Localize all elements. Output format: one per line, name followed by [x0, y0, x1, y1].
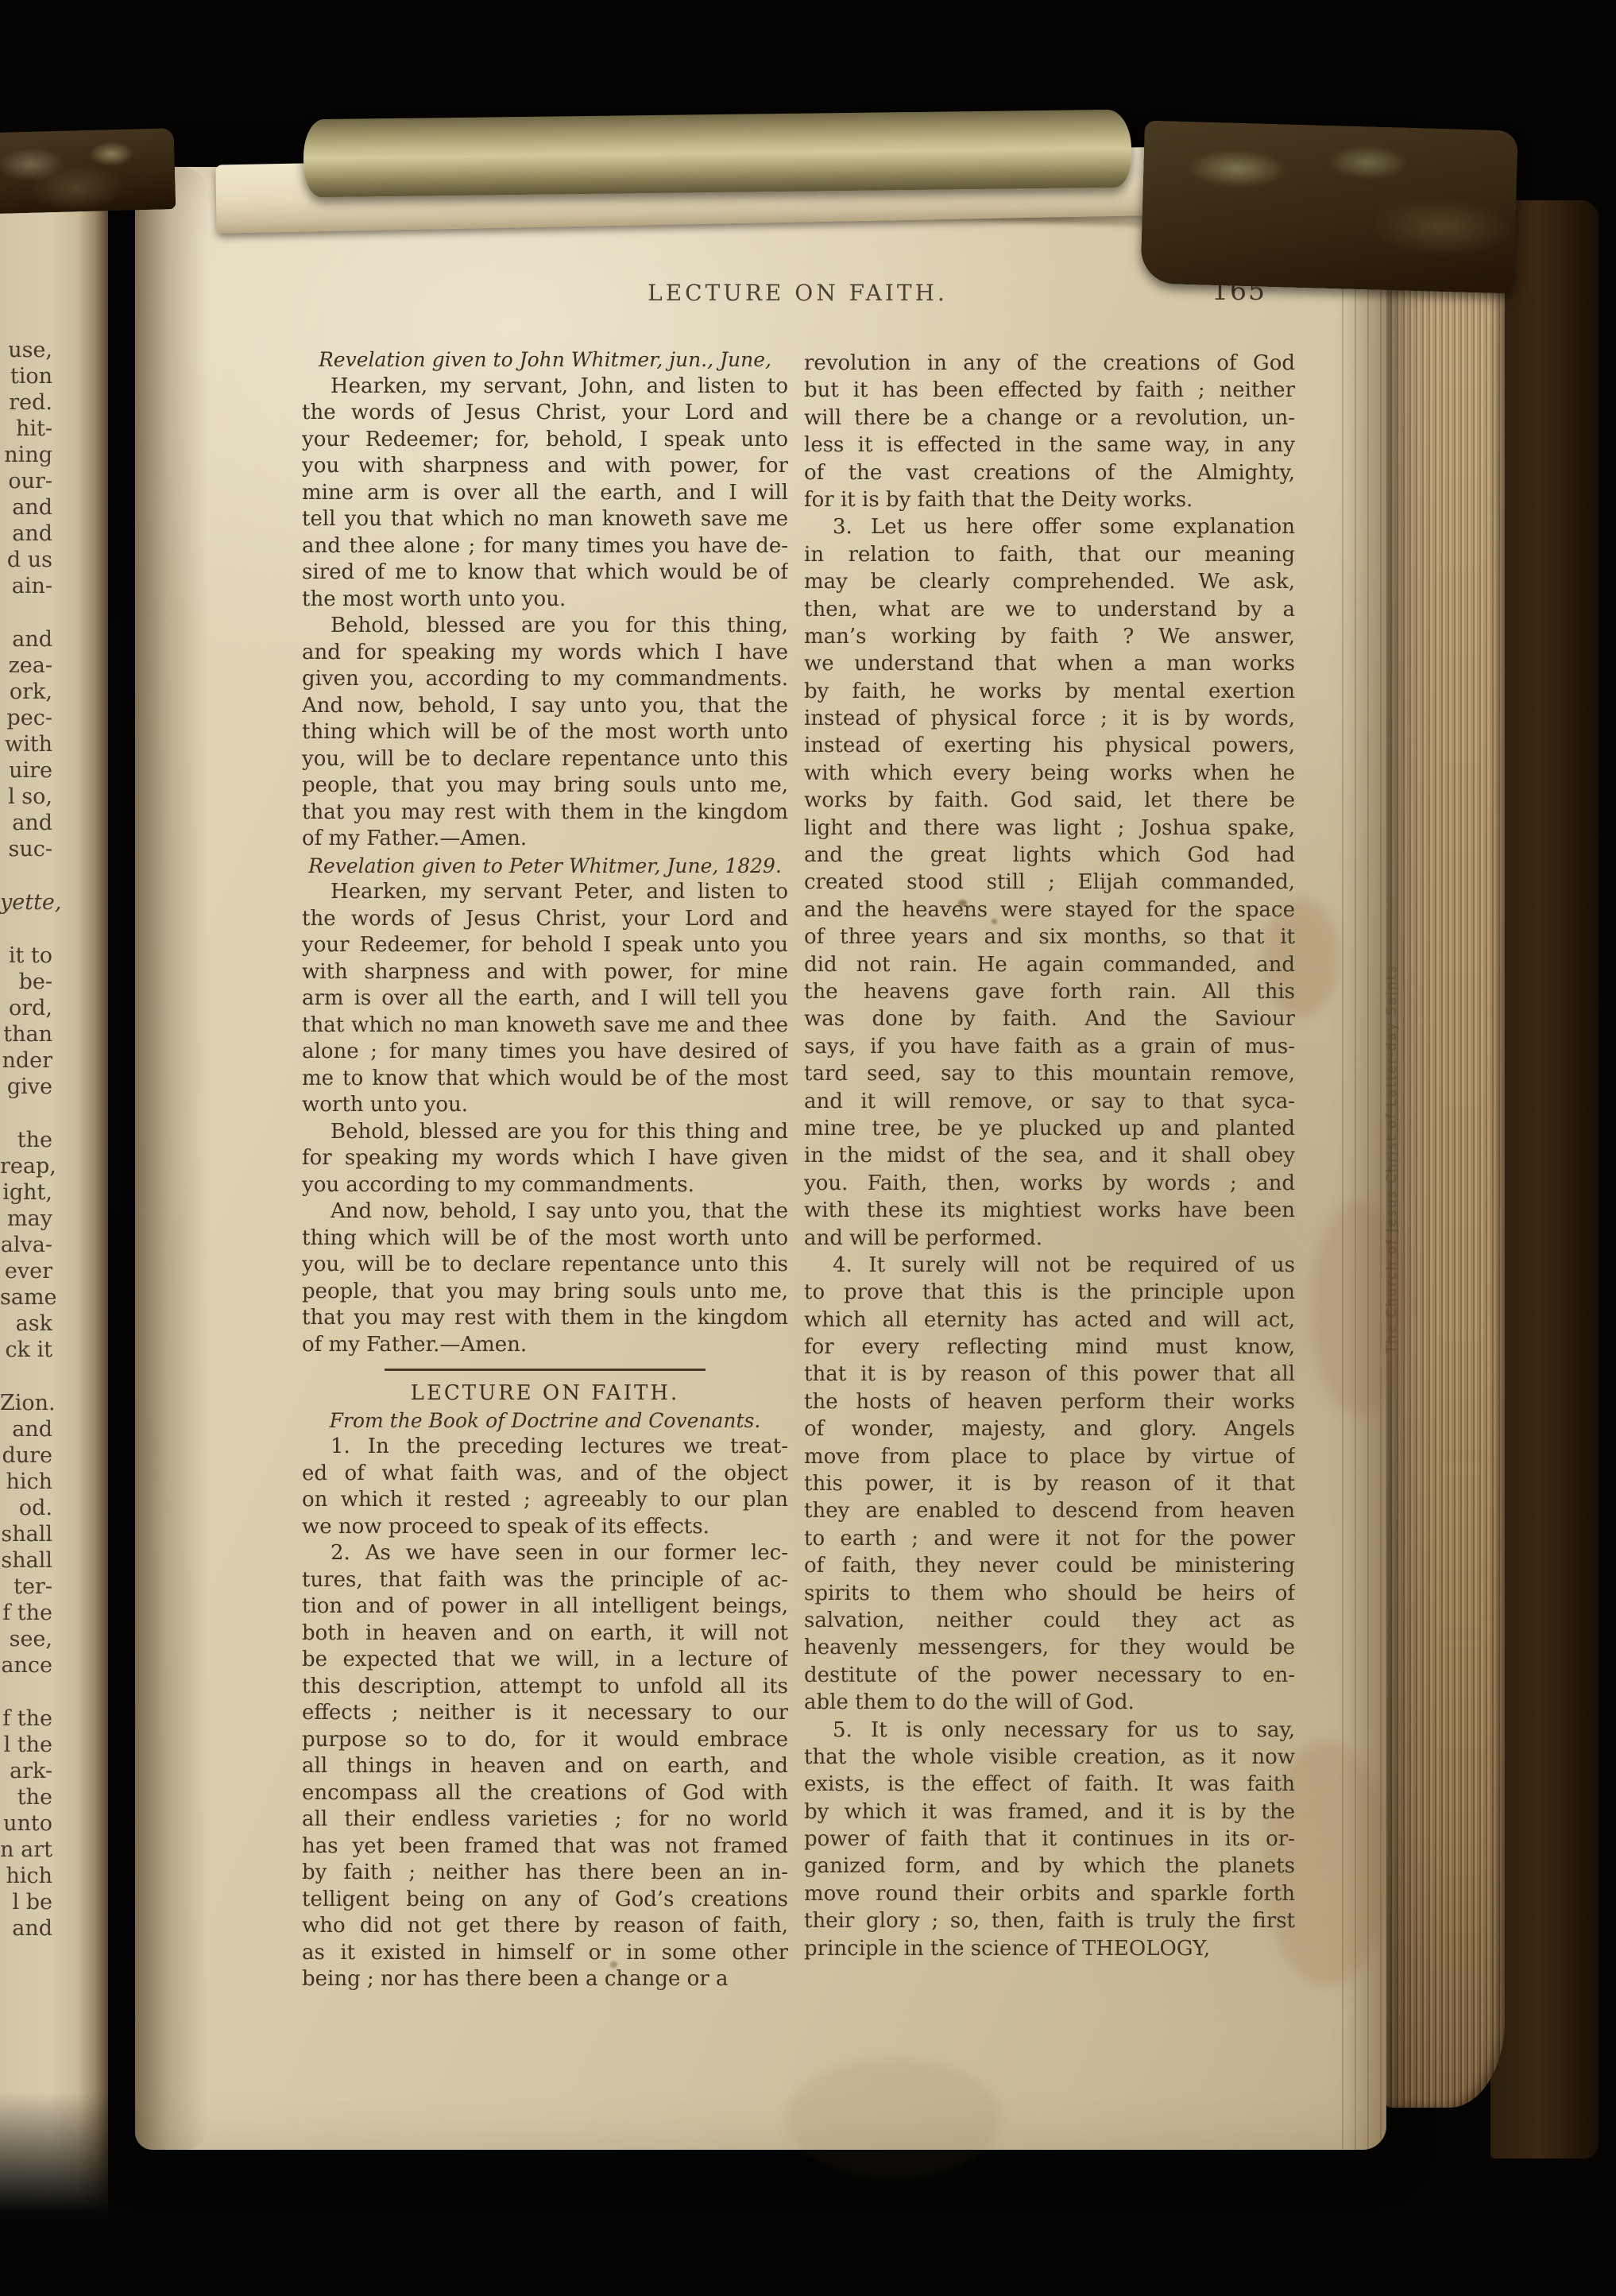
text-line: this power, it is by reason of it that [804, 1470, 1295, 1497]
cut-off-text-line: tion [0, 363, 52, 389]
fragment-group: use,tionred.hit-ningour-andandd usain- [0, 337, 52, 599]
cut-off-text-line: give [0, 1074, 52, 1100]
text-line: principle in the science of THEOLOGY, [804, 1935, 1295, 1962]
cut-off-text-line: f the [0, 1600, 52, 1626]
text-line: that the whole visible creation, as it n… [804, 1744, 1295, 1771]
text-line: sired of me to know that which would be … [302, 559, 788, 587]
text-line: and thee alone ; for many times you have… [302, 533, 788, 560]
text-line: thing which will be of the most worth un… [302, 719, 788, 746]
cut-off-text-line: ight, [0, 1179, 52, 1206]
text-line: that it is by reason of this power that … [804, 1361, 1295, 1388]
cut-off-text-line: l so, [0, 784, 52, 810]
facing-page-edge: use,tionred.hit-ningour-andandd usain-an… [0, 196, 108, 2219]
cut-off-text-line: ck it [0, 1337, 52, 1363]
text-line: being ; nor has there been a change or a [302, 1966, 788, 1993]
text-line: tures, that faith was the principle of a… [302, 1567, 788, 1594]
text-line: power of faith that it continues in its … [804, 1826, 1295, 1853]
fragment-group: thereap,ight,mayalva-eversameaskck it [0, 1127, 52, 1363]
fragment-group: f thel theark-theunton arthichl beand [0, 1706, 52, 1942]
text-line: who did not get there by reason of faith… [302, 1913, 788, 1940]
cut-off-text-line: and [0, 1416, 52, 1442]
text-line: they are enabled to descend from heaven [804, 1497, 1295, 1524]
cut-off-text-line: and [0, 626, 52, 652]
right-column: revolution in any of the creations of Go… [804, 350, 1295, 1962]
cut-off-text-line: l the [0, 1732, 52, 1758]
text-line: was done by faith. And the Saviour [804, 1005, 1295, 1032]
text-line: 5. It is only necessary for us to say, [804, 1717, 1295, 1744]
cut-off-text-line: ter- [0, 1574, 52, 1600]
text-line: works by faith. God said, let there be [804, 787, 1295, 814]
text-line: in relation to faith, that our meaning [804, 541, 1295, 568]
text-line: tard seed, say to this mountain remove, [804, 1060, 1295, 1087]
cut-off-text-line: n art [0, 1837, 52, 1863]
text-line: heavenly messengers, for they would be [804, 1634, 1295, 1661]
cut-off-text-line: yette, [0, 889, 52, 916]
text-line: on which it rested ; agreeably to our pl… [302, 1487, 788, 1514]
text-line: 3. Let us here offer some explanation [804, 513, 1295, 540]
text-line: we now proceed to speak of its effects. [302, 1514, 788, 1541]
text-line: and the great lights which God had [804, 842, 1295, 869]
library-stamp-vertical: The Church of Jesus Christ of Latter-day… [1384, 896, 1411, 1421]
text-line: move from place to place by virtue of [804, 1443, 1295, 1470]
text-line: but it has been effected by faith ; neit… [804, 377, 1295, 404]
text-line: in the midst of the sea, and it shall ob… [804, 1142, 1295, 1169]
text-line: spirits to them who should be heirs of [804, 1580, 1295, 1607]
text-line: people, that you may bring souls unto me… [302, 772, 788, 800]
cut-off-text-line: red. [0, 389, 52, 416]
cut-off-text-line: nder [0, 1047, 52, 1074]
cut-off-text-line: d us [0, 547, 52, 573]
text-line: to prove that this is the principle upon [804, 1279, 1295, 1306]
section-heading: LECTURE ON FAITH. [302, 1380, 788, 1407]
text-line: that which no man knoweth save me and th… [302, 1012, 788, 1040]
cut-off-text-line: our- [0, 468, 52, 494]
section-subheading: Revelation given to John Whitmer, jun., … [302, 347, 788, 374]
text-line: be expected that we will, in a lecture o… [302, 1647, 788, 1674]
text-line: for it is by faith that the Deity works. [804, 486, 1295, 513]
cut-off-text-line: l be [0, 1889, 52, 1915]
text-line: by faith, he works by mental exertion [804, 678, 1295, 705]
text-line: instead of exerting his physical powers, [804, 732, 1295, 759]
cut-off-text-line: Zion. [0, 1390, 52, 1416]
book-cover-top-left [0, 128, 176, 214]
fragment-group: andzea-ork,pec-withuirel so,andsuc- [0, 626, 52, 862]
cut-off-text-line: use, [0, 337, 52, 363]
cut-off-text-line: suc- [0, 836, 52, 862]
cut-off-text-line: be- [0, 969, 52, 995]
text-line: did not rain. He again commanded, and [804, 951, 1295, 978]
text-line: may be clearly comprehended. We ask, [804, 568, 1295, 595]
text-line: their glory ; so, then, faith is truly t… [804, 1907, 1295, 1934]
text-line: thing which will be of the most worth un… [302, 1225, 788, 1253]
text-line: destitute of the power necessary to en- [804, 1662, 1295, 1689]
cut-off-text-line: ain- [0, 573, 52, 599]
text-line: telligent being on any of God’s creation… [302, 1887, 788, 1914]
text-line: purpose so to do, for it would embrace [302, 1727, 788, 1754]
text-line: by faith ; neither has there been an in- [302, 1860, 788, 1887]
text-line: light and there was light ; Joshua spake… [804, 815, 1295, 842]
cut-off-text-line: see, [0, 1626, 52, 1652]
text-line: for speaking my words which I have given [302, 1145, 788, 1172]
cut-off-text-line: zea- [0, 652, 52, 679]
text-line: given you, according to my commandments. [302, 666, 788, 693]
text-line: alone ; for many times you have desired … [302, 1039, 788, 1066]
cut-off-text-line: ance [0, 1652, 52, 1678]
cut-off-text-line: hich [0, 1863, 52, 1889]
text-line: mine tree, be ye plucked up and planted [804, 1115, 1295, 1142]
text-line: the heavens gave forth rain. All this [804, 978, 1295, 1005]
text-line: with which every being works when he [804, 760, 1295, 787]
text-line: then, what are we to understand by a [804, 596, 1295, 623]
text-line: your Redeemer; for, behold, I speak unto [302, 427, 788, 454]
text-line: that you may rest with them in the kingd… [302, 800, 788, 827]
section-divider [302, 1358, 788, 1380]
cut-off-text-line: with [0, 731, 52, 757]
text-line: your Redeemer, for behold I speak unto y… [302, 932, 788, 959]
text-line: will there be a change or a revolution, … [804, 405, 1295, 432]
text-line: that you may rest with them in the kingd… [302, 1305, 788, 1332]
paper-stain [787, 2058, 1001, 2178]
text-line: 4. It surely will not be required of us [804, 1252, 1295, 1279]
text-line: And now, behold, I say unto you, that th… [302, 693, 788, 720]
text-line: tell you that which no man knoweth save … [302, 506, 788, 533]
cut-off-text-line: pec- [0, 705, 52, 731]
cut-off-text-line: the [0, 1127, 52, 1153]
text-line: says, if you have faith as a grain of mu… [804, 1033, 1295, 1060]
book-page: LECTURE ON FAITH. 165 Revelation given t… [135, 167, 1386, 2150]
text-line: of wonder, majesty, and glory. Angels [804, 1415, 1295, 1442]
text-line: of the vast creations of the Almighty, [804, 459, 1295, 486]
cut-off-text-line: shall [0, 1521, 52, 1547]
cut-off-text-line: the [0, 1784, 52, 1810]
text-line: effects ; neither is it necessary to our [302, 1700, 788, 1727]
text-line: Behold, blessed are you for this thing, [302, 613, 788, 640]
text-line: me to know that which would be of the mo… [302, 1066, 788, 1093]
text-line: with sharpness and with power, for mine [302, 959, 788, 986]
cut-off-text-line: and [0, 1915, 52, 1942]
book-cover-top-right [1140, 120, 1518, 293]
text-line: 1. In the preceding lectures we treat- [302, 1434, 788, 1461]
text-line: which all eternity has acted and will ac… [804, 1307, 1295, 1334]
text-line: by which it was framed, and it is by the [804, 1798, 1295, 1826]
cut-off-text-line: ord, [0, 995, 52, 1021]
text-line: and will be performed. [804, 1225, 1295, 1252]
text-line: both in heaven and on earth, it will not [302, 1620, 788, 1647]
text-line: the most worth unto you. [302, 587, 788, 614]
scanned-book-photo: use,tionred.hit-ningour-andandd usain-an… [0, 0, 1616, 2296]
cut-off-text-line: and [0, 521, 52, 547]
text-line: of my Father.—Amen. [302, 1332, 788, 1359]
text-line: revolution in any of the creations of Go… [804, 350, 1295, 377]
text-line: and the heavens were stayed for the spac… [804, 896, 1295, 923]
cut-off-text-line: it to [0, 943, 52, 969]
text-line: you according to my commandments. [302, 1172, 788, 1199]
text-line: and it will remove, or say to that syca- [804, 1088, 1295, 1115]
text-line: And now, behold, I say unto you, that th… [302, 1198, 788, 1225]
text-line: exists, is the effect of faith. It was f… [804, 1771, 1295, 1798]
text-line: created stood still ; Elijah commanded, [804, 869, 1295, 896]
text-line: of faith, they never could be ministerin… [804, 1552, 1295, 1579]
cut-off-text-line: ork, [0, 679, 52, 705]
cut-off-text-line: hit- [0, 416, 52, 442]
cut-off-text-line: alva- [0, 1232, 52, 1258]
cut-off-text-line: dure [0, 1442, 52, 1469]
text-line: has yet been framed that was not framed [302, 1833, 788, 1860]
cut-off-text-line: may [0, 1206, 52, 1232]
text-line: move round their orbits and sparkle fort… [804, 1880, 1295, 1907]
text-line: ganized form, and by which the planets [804, 1853, 1295, 1880]
text-line: less it is effected in the same way, in … [804, 432, 1295, 459]
cut-off-text-line: od. [0, 1495, 52, 1521]
text-line: ed of what faith was, and of the object [302, 1461, 788, 1488]
text-line: this description, attempt to unfold all … [302, 1674, 788, 1701]
fragment-group: yette, [0, 889, 52, 916]
cut-off-text-line: and [0, 810, 52, 836]
text-line: we understand that when a man works [804, 650, 1295, 677]
facing-page-text-fragments: use,tionred.hit-ningour-andandd usain-an… [0, 337, 52, 1969]
cut-off-text-line: unto [0, 1810, 52, 1837]
text-line: and for speaking my words which I have [302, 640, 788, 667]
text-line: salvation, neither could they act as [804, 1607, 1295, 1634]
fragment-group: Zion.anddurehichod.shallshallter-f these… [0, 1390, 52, 1678]
cut-off-text-line: same [0, 1284, 52, 1311]
cut-off-text-line: ever [0, 1258, 52, 1284]
cut-off-text-line: hich [0, 1469, 52, 1495]
text-line: you, will be to declare repentance unto … [302, 1252, 788, 1279]
text-line: of three years and six months, so that i… [804, 923, 1295, 951]
text-line: tion and of power in all intelligent bei… [302, 1593, 788, 1620]
text-line: the hosts of heaven perform their works [804, 1388, 1295, 1415]
text-line: mine arm is over all the earth, and I wi… [302, 480, 788, 507]
text-line: 2. As we have seen in our former lec- [302, 1540, 788, 1567]
text-line: the words of Jesus Christ, your Lord and [302, 906, 788, 933]
section-subheading: From the Book of Doctrine and Covenants. [302, 1407, 788, 1435]
running-header: LECTURE ON FAITH. [302, 280, 1293, 306]
gutter-shadow [135, 167, 208, 2150]
text-line: you. Faith, then, works by words ; and [804, 1170, 1295, 1197]
text-line: you with sharpness and with power, for [302, 453, 788, 480]
text-line: Behold, blessed are you for this thing a… [302, 1119, 788, 1146]
text-line: man’s working by faith ? We answer, [804, 623, 1295, 650]
text-line: the words of Jesus Christ, your Lord and [302, 400, 788, 427]
text-line: to earth ; and were it not for the power [804, 1525, 1295, 1552]
text-line: with these its mightiest works have been [804, 1197, 1295, 1224]
cut-off-text-line: reap, [0, 1153, 52, 1179]
text-line: Hearken, my servant, John, and listen to [302, 374, 788, 401]
text-line: all their endless varieties ; for no wor… [302, 1806, 788, 1833]
text-line: encompass all the creations of God with [302, 1780, 788, 1807]
cut-off-text-line: ning [0, 442, 52, 468]
cut-off-text-line: shall [0, 1547, 52, 1574]
text-line: Hearken, my servant Peter, and listen to [302, 879, 788, 906]
left-column: Revelation given to John Whitmer, jun., … [302, 347, 788, 1993]
text-line: as it existed in himself or in some othe… [302, 1940, 788, 1967]
cut-off-text-line: f the [0, 1706, 52, 1732]
cut-off-text-line: ask [0, 1311, 52, 1337]
cut-off-text-line: ark- [0, 1758, 52, 1784]
book-cover-right-edge [1490, 200, 1599, 2159]
cut-off-text-line: uire [0, 757, 52, 784]
text-line: worth unto you. [302, 1092, 788, 1119]
text-line: all things in heaven and on earth, and [302, 1753, 788, 1780]
text-line: people, that you may bring souls unto me… [302, 1279, 788, 1306]
text-line: arm is over all the earth, and I will te… [302, 985, 788, 1012]
section-subheading: Revelation given to Peter Whitmer, June,… [302, 853, 788, 880]
text-line: for every reflecting mind must know, [804, 1334, 1295, 1361]
text-line: able them to do the will of God. [804, 1689, 1295, 1716]
text-line: instead of physical force ; it is by wor… [804, 705, 1295, 732]
curled-page-edge [303, 110, 1131, 198]
cut-off-text-line: than [0, 1021, 52, 1047]
text-line: you, will be to declare repentance unto … [302, 746, 788, 773]
fragment-group: it tobe-ord,thanndergive [0, 943, 52, 1100]
text-line: of my Father.—Amen. [302, 826, 788, 853]
cut-off-text-line: and [0, 494, 52, 521]
